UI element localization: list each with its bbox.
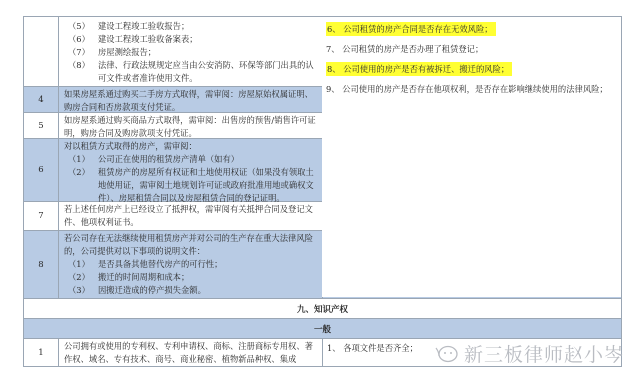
review-points-column: 6、 公司租赁的房产合同是否存在无效风险； 7、 公司租赁的房产是否办理了租赁登… <box>322 17 621 297</box>
list-item: （8）法律、行政法规规定应当由公安消防、环保等部门出具的认可文件或者准许使用文件… <box>64 59 318 85</box>
row-content: 对以租赁方式取得的房产，需审阅： （1）公司正在使用的租赁房产清单（如有） （2… <box>59 139 323 201</box>
row-content: 公司拥有或使用的专利权、专利申请权、商标、注册商标专用权、著作权、域名、专有技术… <box>59 339 323 366</box>
list-item: （1）是否具备其他替代房产的可行性； <box>64 258 318 271</box>
list-item: （5）建设工程竣工验收报告； <box>64 20 318 33</box>
list-item: （7）房屋测绘报告； <box>64 46 318 59</box>
list-item: （2）搬迁的时间周期和成本； <box>64 271 318 284</box>
row-content: 若上述任何房产上已经设立了抵押权，需审阅有关抵押合同及登记文件、他项权利证书。 <box>59 202 323 230</box>
watermark-text: 新三板律师赵小岑 <box>464 340 624 367</box>
review-point: 6、 公司租赁的房产合同是否存在无效风险； <box>326 19 621 39</box>
list-item: （1）公司正在使用的租赁房产清单（如有） <box>64 153 318 166</box>
row-number-cell <box>24 17 59 86</box>
row-intro: 对以租赁方式取得的房产，需审阅： <box>64 140 318 153</box>
list-item: （6）建设工程竣工验收备案表； <box>64 33 318 46</box>
watermark: 新三板律师赵小岑 <box>434 340 624 367</box>
row-content: 如房屋系通过购买商品方式取得，需审阅：出售房的预售/销售许可证明，购房合同及购房… <box>59 113 323 138</box>
row-content: 若公司存在无法继续使用租赁房产并对公司的生产存在重大法律风险的，公司提供对以下事… <box>59 231 323 298</box>
row-number: 7 <box>24 202 59 230</box>
review-point: 7、 公司租赁的房产是否办理了租赁登记； <box>326 39 621 59</box>
row-number: 5 <box>24 113 59 138</box>
wechat-icon <box>434 344 460 364</box>
review-point: 9、 公司使用的房产是否存在他项权利，是否存在影响继续使用的法律风险； <box>326 79 621 99</box>
row-number: 4 <box>24 87 59 112</box>
subsection-header: 一般 <box>24 318 621 338</box>
section-header: 九、知识产权 <box>24 298 621 318</box>
row-content: 如果房屋系通过购买二手房方式取得，需审阅：房屋原始权属证明、购房合同和否房款项支… <box>59 87 323 112</box>
row-intro: 若公司存在无法继续使用租赁房产并对公司的生产存在重大法律风险的，公司提供对以下事… <box>64 232 318 258</box>
row-content-cell: （5）建设工程竣工验收报告； （6）建设工程竣工验收备案表； （7）房屋测绘报告… <box>59 17 323 86</box>
list-item: （3）因搬迁造成的停产损失金额。 <box>64 284 318 297</box>
row-number: 1 <box>24 339 59 366</box>
review-point: 8、 公司使用的房产是否有被拆迁、搬迁的风险； <box>326 59 621 79</box>
row-number: 6 <box>24 139 59 201</box>
list-item: （2）租赁房产的房屋所有权证和土地使用权证（如果没有领取土地使用证，需审阅土地规… <box>64 166 318 205</box>
row-number: 8 <box>24 231 59 298</box>
